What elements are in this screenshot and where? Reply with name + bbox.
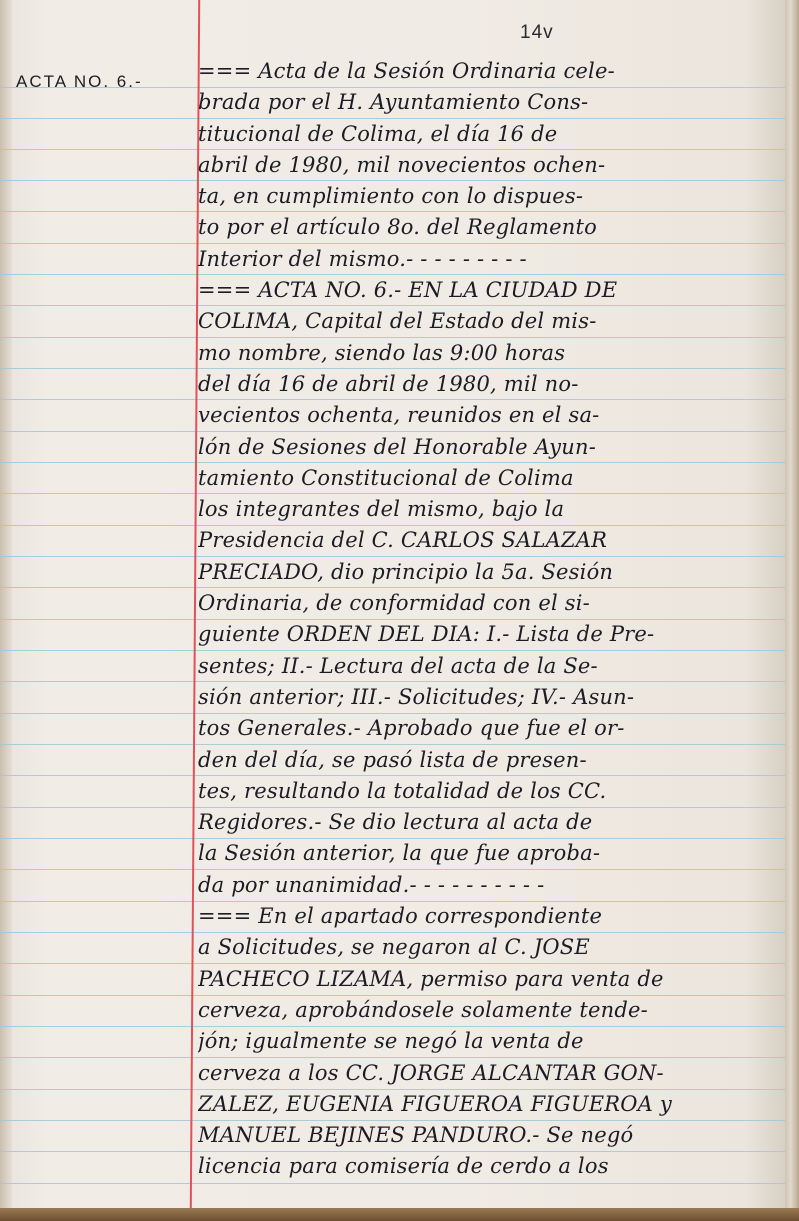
- text-line: sión anterior; III.- Solicitudes; IV.- A…: [198, 682, 783, 713]
- text-line: to por el artículo 8o. del Reglamento: [198, 212, 783, 243]
- text-line: tamiento Constitucional de Colima: [198, 463, 783, 494]
- text-line: den del día, se pasó lista de presen-: [198, 745, 783, 776]
- text-line: PRECIADO, dio principio la 5a. Sesión: [198, 557, 783, 588]
- text-line: ta, en cumplimiento con lo dispues-: [198, 181, 783, 212]
- margin-label: ACTA NO. 6.-: [16, 72, 143, 92]
- text-line: licencia para comisería de cerdo a los: [198, 1151, 783, 1182]
- text-line: Presidencia del C. CARLOS SALAZAR: [198, 525, 783, 556]
- handwritten-body: === Acta de la Sesión Ordinaria cele- br…: [198, 56, 783, 1183]
- text-line: === ACTA NO. 6.- EN LA CIUDAD DE: [198, 275, 783, 306]
- text-line: brada por el H. Ayuntamiento Cons-: [198, 87, 783, 118]
- text-line: PACHECO LIZAMA, permiso para venta de: [198, 964, 783, 995]
- text-line: guiente ORDEN DEL DIA: I.- Lista de Pre-: [198, 619, 783, 650]
- text-line: del día 16 de abril de 1980, mil no-: [198, 369, 783, 400]
- text-line: cerveza a los CC. JORGE ALCANTAR GON-: [198, 1058, 783, 1089]
- rule-line: [0, 1183, 785, 1184]
- notebook-page: 14v ACTA NO. 6.- === Acta de la Sesión O…: [0, 0, 785, 1208]
- text-line: vecientos ochenta, reunidos en el sa-: [198, 400, 783, 431]
- text-line: === Acta de la Sesión Ordinaria cele-: [198, 56, 783, 87]
- text-line: abril de 1980, mil novecientos ochen-: [198, 150, 783, 181]
- text-line: Interior del mismo.- - - - - - - - -: [198, 244, 783, 275]
- text-line: === En el apartado correspondiente: [198, 901, 783, 932]
- text-line: COLIMA, Capital del Estado del mis-: [198, 306, 783, 337]
- text-line: mo nombre, siendo las 9:00 horas: [198, 338, 783, 369]
- text-line: Ordinaria, de conformidad con el si-: [198, 588, 783, 619]
- text-line: cerveza, aprobándosele solamente tende-: [198, 995, 783, 1026]
- text-line: MANUEL BEJINES PANDURO.- Se negó: [198, 1120, 783, 1151]
- text-line: Regidores.- Se dio lectura al acta de: [198, 807, 783, 838]
- text-line: lón de Sesiones del Honorable Ayun-: [198, 432, 783, 463]
- text-line: ZALEZ, EUGENIA FIGUEROA FIGUEROA y: [198, 1089, 783, 1120]
- page-edge-right: [785, 0, 799, 1221]
- text-line: tos Generales.- Aprobado que fue el or-: [198, 713, 783, 744]
- text-line: tes, resultando la totalidad de los CC.: [198, 776, 783, 807]
- page-number: 14v: [520, 22, 554, 44]
- text-line: los integrantes del mismo, bajo la: [198, 494, 783, 525]
- text-line: a Solicitudes, se negaron al C. JOSE: [198, 932, 783, 963]
- text-line: da por unanimidad.- - - - - - - - - -: [198, 870, 783, 901]
- text-line: titucional de Colima, el día 16 de: [198, 119, 783, 150]
- text-line: sentes; II.- Lectura del acta de la Se-: [198, 651, 783, 682]
- page-edge-bottom: [0, 1208, 799, 1221]
- text-line: jón; igualmente se negó la venta de: [198, 1026, 783, 1057]
- text-line: la Sesión anterior, la que fue aproba-: [198, 838, 783, 869]
